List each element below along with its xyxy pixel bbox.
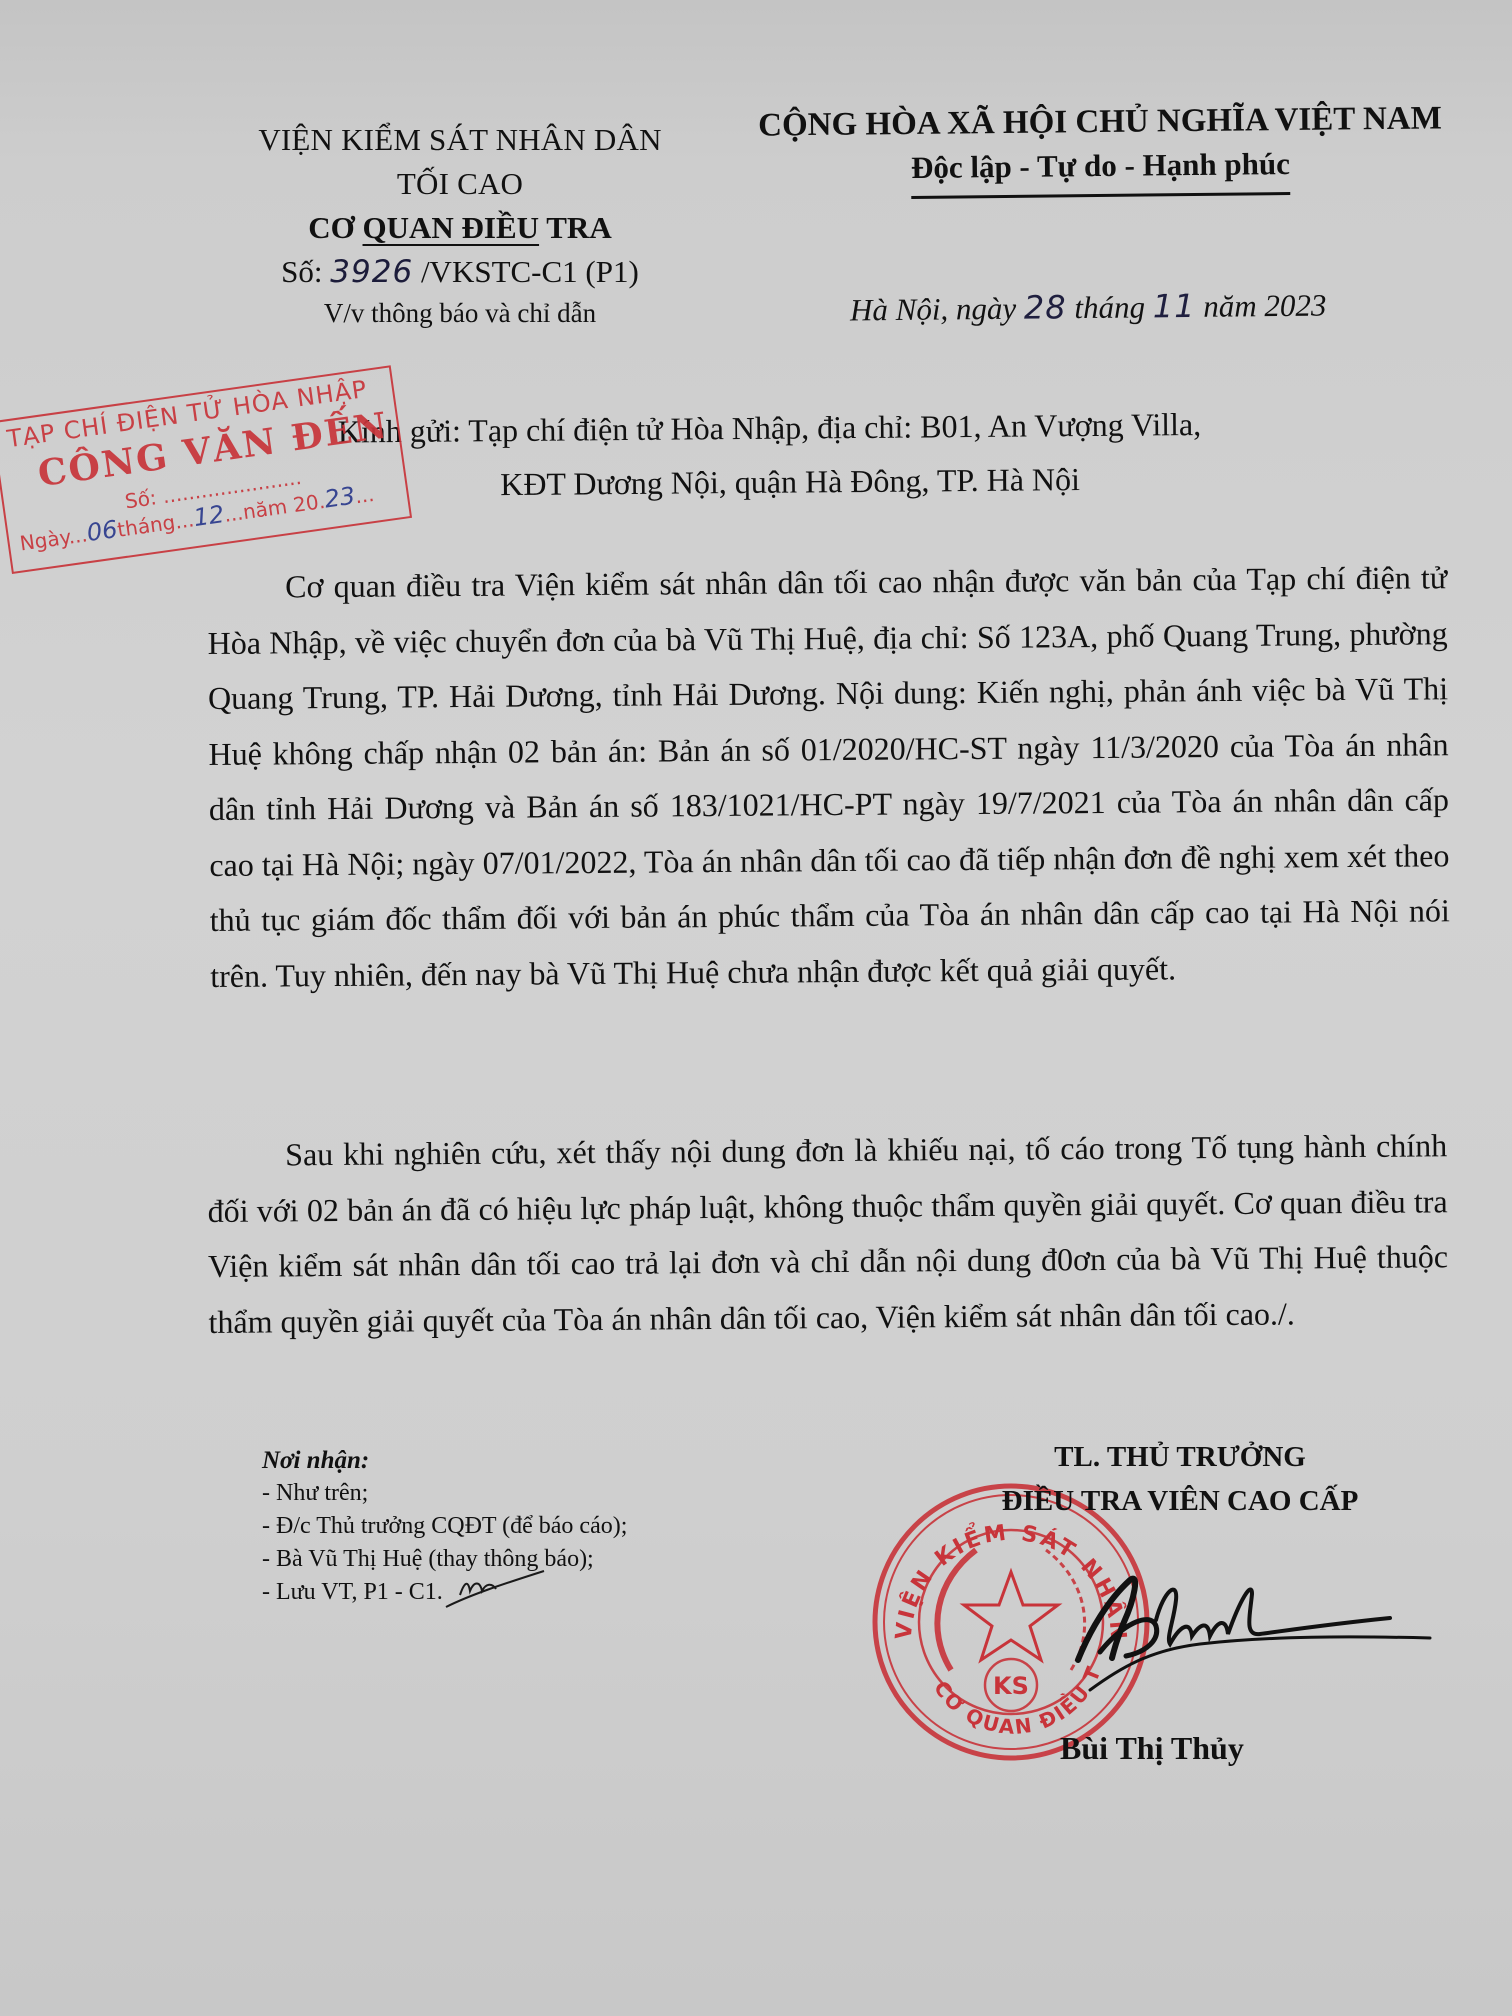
distribution-title: Nơi nhận:	[262, 1444, 627, 1477]
national-header: CỘNG HÒA XÃ HỘI CHỦ NGHĨA VIỆT NAM Độc l…	[750, 100, 1450, 197]
stamp-year-value: 23	[323, 482, 357, 514]
issuer-unit: CƠ QUAN ĐIỀU TRA	[230, 206, 690, 250]
seal-center-mark: KS	[993, 1672, 1029, 1700]
initials-signature-icon	[440, 1565, 550, 1615]
issuer-header: VIỆN KIỂM SÁT NHÂN DÂN TỐI CAO CƠ QUAN Đ…	[230, 118, 690, 332]
date-day: 28	[1024, 288, 1067, 326]
issuer-unit-prefix: CƠ	[308, 210, 362, 245]
date-prefix: Hà Nội, ngày	[850, 291, 1024, 328]
national-title: CỘNG HÒA XÃ HỘI CHỦ NGHĨA VIỆT NAM	[750, 96, 1450, 147]
date-month-label: tháng	[1066, 289, 1152, 325]
distribution-item: - Như trên;	[262, 1477, 627, 1510]
incoming-document-stamp: TẠP CHÍ ĐIỆN TỬ HÒA NHẬP CÔNG VĂN ĐẾN Số…	[0, 365, 412, 574]
issuer-org-line1: VIỆN KIỂM SÁT NHÂN DÂN	[230, 118, 690, 162]
document-page: VIỆN KIỂM SÁT NHÂN DÂN TỐI CAO CƠ QUAN Đ…	[0, 0, 1512, 2016]
recipient-address: Kính gửi: Tạp chí điện tử Hòa Nhập, địa …	[338, 395, 1379, 512]
stamp-day-label: Ngày...	[18, 522, 89, 555]
stamp-day-value: 06	[85, 515, 119, 547]
date-month: 11	[1153, 287, 1196, 325]
recipient-line1: Kính gửi: Tạp chí điện tử Hòa Nhập, địa …	[338, 395, 1378, 458]
signature-authority: TL. THỦ TRƯỞNG	[960, 1435, 1400, 1479]
stamp-month-label: tháng...	[116, 507, 196, 542]
signer-name: Bùi Thị Thủy	[1060, 1730, 1244, 1767]
body-paragraph-1: Cơ quan điều tra Viện kiểm sát nhân dân …	[207, 550, 1450, 1004]
body-paragraph-2-text: Sau khi nghiên cứu, xét thấy nội dung đơ…	[207, 1118, 1449, 1350]
date-year: năm 2023	[1195, 288, 1326, 324]
recipient-line2: KĐT Dương Nội, quận Hà Đông, TP. Hà Nội	[338, 449, 1378, 512]
body-paragraph-2: Sau khi nghiên cứu, xét thấy nội dung đơ…	[207, 1118, 1449, 1350]
stamp-month-value: 12	[192, 500, 226, 532]
national-motto: Độc lập - Tự do - Hạnh phúc	[910, 142, 1289, 199]
body-paragraph-1-text: Cơ quan điều tra Viện kiểm sát nhân dân …	[207, 550, 1450, 1004]
stamp-year-suffix: ...	[353, 482, 375, 508]
issuer-org-line2: TỐI CAO	[230, 162, 690, 206]
doc-no-label: Số:	[281, 254, 330, 289]
document-date: Hà Nội, ngày 28 tháng 11 năm 2023	[850, 286, 1327, 329]
doc-no-suffix: /VKSTC-C1 (P1)	[413, 254, 639, 289]
signature-title: ĐIỀU TRA VIÊN CAO CẤP	[960, 1479, 1400, 1523]
document-subject: V/v thông báo và chỉ dẫn	[230, 294, 690, 332]
signature-block: TL. THỦ TRƯỞNG ĐIỀU TRA VIÊN CAO CẤP	[960, 1435, 1400, 1523]
document-number: Số: 3926 /VKSTC-C1 (P1)	[230, 250, 690, 294]
issuer-unit-underlined: QUAN ĐIỀU	[363, 210, 540, 245]
doc-no-handwritten: 3926	[330, 254, 413, 290]
distribution-item: - Đ/c Thủ trưởng CQĐT (để báo cáo);	[262, 1510, 627, 1543]
handwritten-signature-icon	[1030, 1540, 1450, 1700]
issuer-unit-suffix: TRA	[539, 210, 612, 245]
